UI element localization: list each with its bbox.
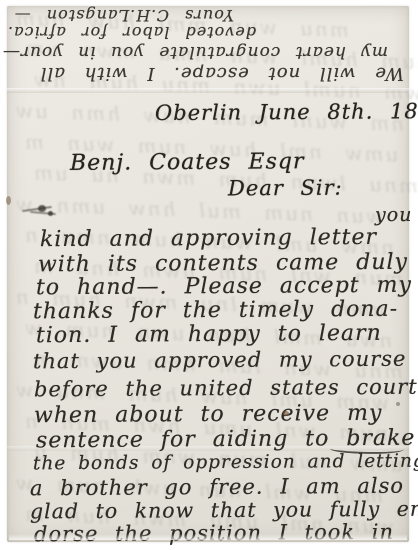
body-line: you xyxy=(375,204,413,226)
inverted-closing-line: devoted labor for africa. xyxy=(38,23,256,42)
fold-crease-top xyxy=(7,88,409,93)
body-line: when about to receive my xyxy=(34,401,383,428)
body-line: that you approved my course xyxy=(33,347,407,374)
body-line: tion. I am happy to learn xyxy=(36,321,382,348)
body-line: before the united states court xyxy=(34,375,418,402)
ink-speck xyxy=(6,196,11,205)
salutation: Dear Sir: xyxy=(228,176,343,201)
ink-speck xyxy=(283,411,289,416)
paper-edge-highlight xyxy=(9,534,407,540)
body-line: the bonds of oppression and letting xyxy=(33,451,418,475)
ink-speck xyxy=(396,402,400,406)
inverted-closing-line: my heart congratulate you in your— xyxy=(20,42,388,62)
inverted-closing-line: We will not escape. I with all xyxy=(20,63,404,84)
scan-background: mnu wun mml huw numnum huml wun nmu mwn … xyxy=(0,0,418,550)
addressee-line: Benj. Coates Esqr xyxy=(70,149,305,176)
dateline: Oberlin June 8th. 1859. xyxy=(155,99,418,125)
body-line: kind and approving letter xyxy=(40,225,377,252)
body-line: dorse the position I took in xyxy=(34,520,394,547)
ink-smudge xyxy=(20,200,68,222)
